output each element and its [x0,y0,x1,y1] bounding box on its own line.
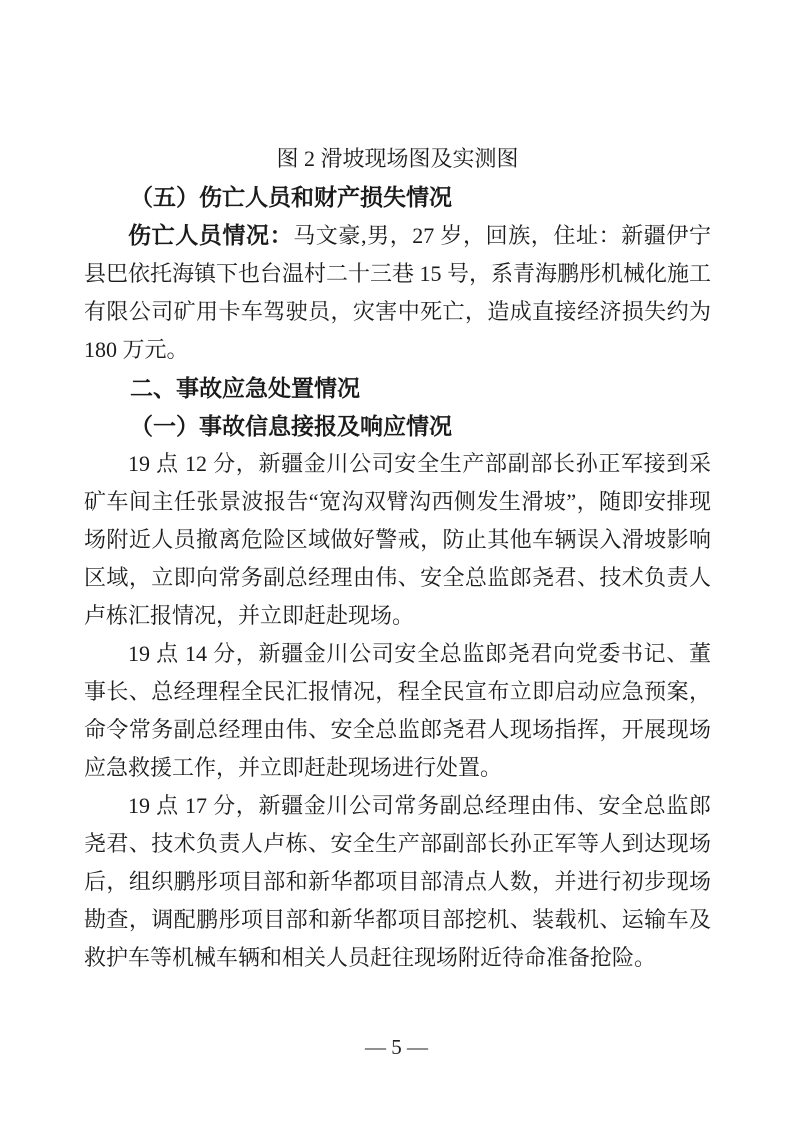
page-number: — 5 — [0,1032,793,1062]
paragraph-1912-report: 19 点 12 分，新疆金川公司安全生产部副部长孙正军接到采矿车间主任张景波报告… [84,445,711,635]
paragraph-1914-activation: 19 点 14 分，新疆金川公司安全总监郎尧君向党委书记、董事长、总经理程全民汇… [84,635,711,787]
paragraph-casualty-info: 伤亡人员情况：马文豪,男，27 岁，回族，住址：新疆伊宁县巴依托海镇下也台温村二… [84,216,711,369]
page-content: 图 2 滑坡现场图及实测图 （五）伤亡人员和财产损失情况 伤亡人员情况：马文豪,… [84,140,711,977]
figure-caption: 图 2 滑坡现场图及实测图 [84,140,711,178]
subsection-heading-incident-reporting: （一）事故信息接报及响应情况 [84,407,711,445]
paragraph-1917-arrival: 19 点 17 分，新疆金川公司常务副总经理由伟、安全总监郎尧君、技术负责人卢栋… [84,787,711,977]
casualty-info-label: 伤亡人员情况： [128,222,293,248]
document-page: 图 2 滑坡现场图及实测图 （五）伤亡人员和财产损失情况 伤亡人员情况：马文豪,… [0,0,793,1122]
section-heading-emergency-response: 二、事故应急处置情况 [84,369,711,407]
section-heading-casualty-and-property-loss: （五）伤亡人员和财产损失情况 [84,178,711,216]
